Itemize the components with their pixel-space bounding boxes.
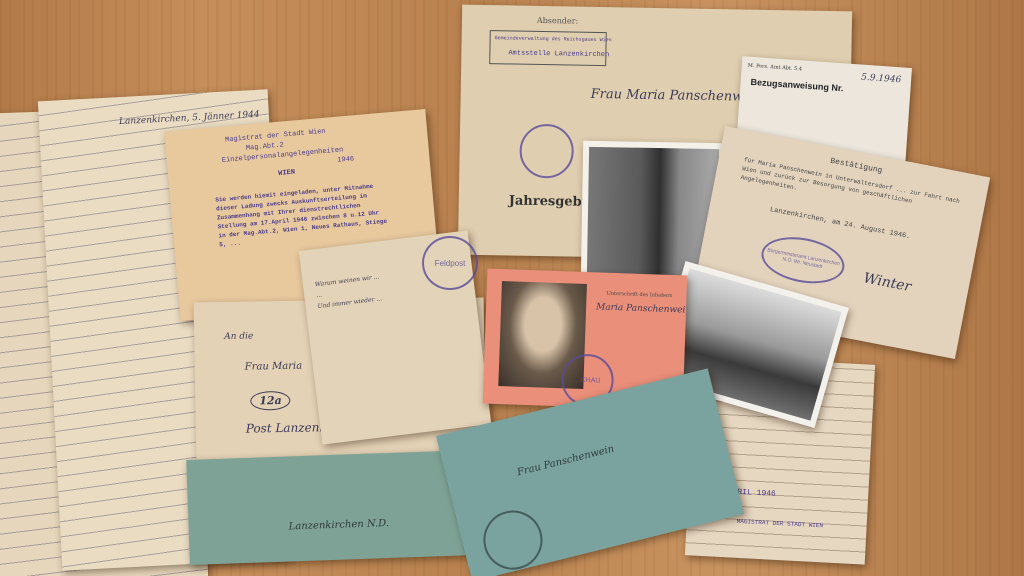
slip-header: Bezugsanweisung Nr. (750, 77, 844, 93)
slip-small-header: M. Pers. Amt Abt. 5.4 (748, 63, 803, 73)
confirmation-signature: Winter (862, 270, 912, 295)
eagle-postmark (477, 504, 549, 576)
eagle-seal-stamp (519, 124, 574, 179)
addressee-handwriting: Frau Maria Panschenwein (591, 87, 764, 105)
sender-stamp-line1: Gemeindeverwaltung des Reichsgaues Wien (495, 35, 612, 43)
summons-place: WIEN (278, 169, 295, 178)
id-signature-label: Unterschrift des Inhabers (607, 291, 673, 299)
green-envelope-left-text: Lanzenkirchen N.D. (288, 518, 389, 532)
address-prefix: An die (224, 332, 253, 343)
sender-label: Absender: (537, 16, 578, 26)
sender-stamp-line2: Amtsstelle Lanzenkirchen (508, 49, 609, 59)
feldpost-stamp: Feldpost (422, 236, 478, 290)
summons-body: Sie werden hiemit eingeladen, unter Mitn… (215, 181, 389, 250)
id-signature: Maria Panschenwein (596, 302, 687, 315)
confirmation-date: Lanzenkirchen, am 24. August 1946. (769, 206, 911, 241)
summons-year: 1946 (337, 155, 354, 164)
slip-date: 5.9.1946 (861, 73, 902, 86)
house-number: 12a (250, 391, 291, 411)
municipal-stamp: Bürgermeisteramt Lanzenkirchen N.Ö. Wr. … (758, 231, 849, 290)
address-name: Frau Maria (245, 361, 303, 373)
green-envelope-left: Lanzenkirchen N.D. (186, 450, 474, 565)
green-envelope-right-text: Frau Panschenwein (516, 444, 615, 479)
